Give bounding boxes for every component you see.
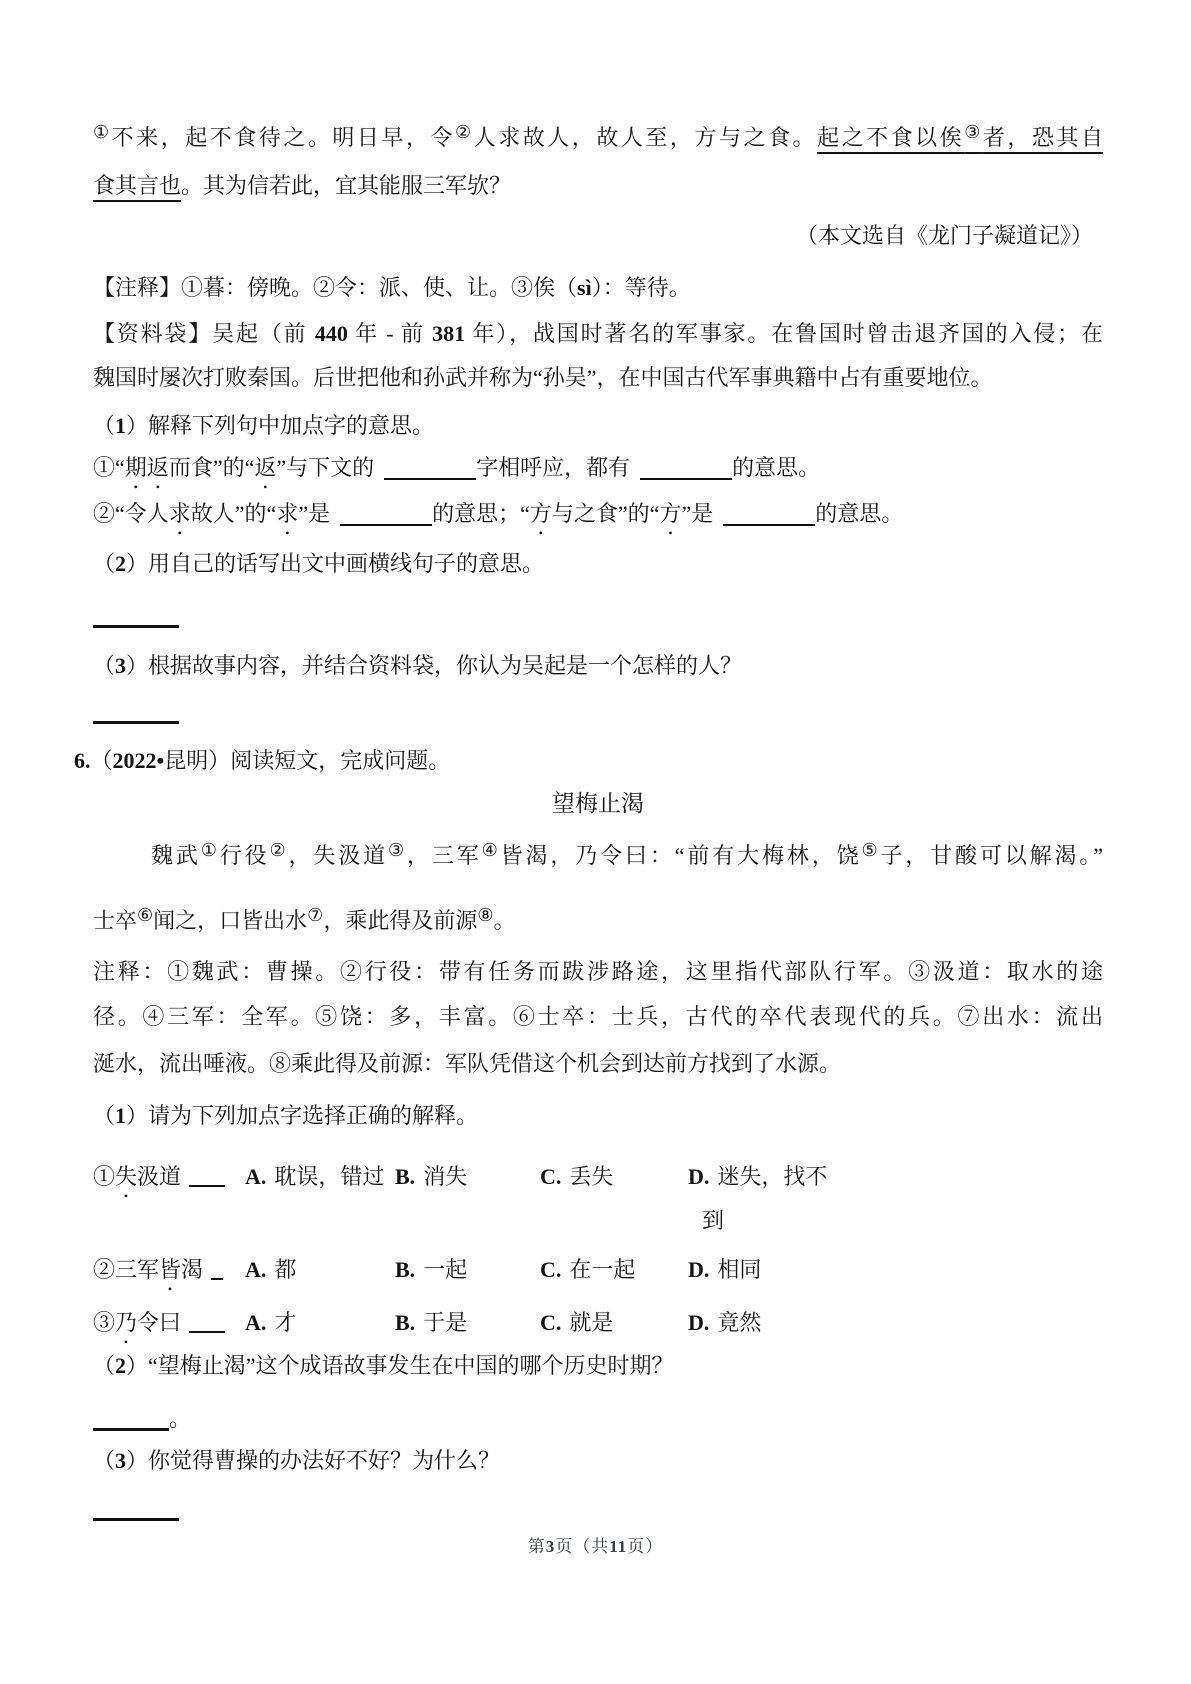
sub-number: 1 bbox=[115, 1103, 126, 1128]
mc-stem: ③乃令曰 bbox=[93, 1301, 245, 1345]
mc-option-d: D.竟然 bbox=[688, 1301, 1103, 1345]
q6-sub3-label: （3）你觉得曹操的办法好不好？为什么？ bbox=[93, 1445, 1103, 1477]
mc-option-a: A.才 bbox=[245, 1301, 395, 1345]
answer-blank bbox=[93, 1408, 169, 1431]
option-letter: D. bbox=[688, 1310, 709, 1335]
year-number: 440 bbox=[315, 321, 348, 346]
q5-sub1-label: （1）解释下列句中加点字的意思。 bbox=[93, 410, 1103, 442]
passage-text: 不来，起不食待之。明日早，令 bbox=[112, 125, 455, 150]
passage-text: 人求故人，故人至，方与之食。 bbox=[474, 125, 817, 150]
mc-row-3: ③乃令曰 A.才 B.于是 C.就是 D.竟然 bbox=[93, 1301, 1103, 1345]
answer-blank-line-1 bbox=[93, 600, 1103, 632]
underlined-sentence-part-2: 食其言也 bbox=[93, 173, 181, 198]
sub-text: “望梅止渴”这个成语故事发生在中国的哪个历史时期？ bbox=[148, 1353, 674, 1378]
paren: ） bbox=[126, 413, 148, 438]
question-6-header: 6.（2022•昆明）阅读短文，完成问题。 bbox=[74, 745, 1103, 777]
item-text: 字相呼应，都有 bbox=[476, 455, 630, 480]
option-letter: A. bbox=[245, 1310, 266, 1335]
year-number: 381 bbox=[432, 321, 465, 346]
mc-row-1: ①失汲道 A.耽误，错过 B.消失 C.丢失 D.迷失，找不到 bbox=[93, 1155, 1103, 1243]
total-page-number: 11 bbox=[609, 1537, 627, 1556]
q5-passage-line-1: ①不来，起不食待之。明日早，令②人求故人，故人至，方与之食。起之不食以俟③者，恐… bbox=[93, 122, 1103, 154]
passage-title: 望梅止渴 bbox=[93, 788, 1103, 820]
bag-label: 【资料袋】 bbox=[93, 321, 212, 346]
paren: （ bbox=[93, 653, 115, 678]
q6-notes-line-3: 涎水，流出唾液。⑧乘此得及前源：军队凭借这个机会到达前方找到了水源。 bbox=[93, 1048, 1103, 1080]
passage-text: 闻之，口皆出水 bbox=[153, 908, 307, 933]
footer-text: 页） bbox=[627, 1537, 663, 1556]
sub-number: 2 bbox=[115, 551, 126, 576]
footnote-marker-2: ② bbox=[270, 840, 289, 860]
q6-passage-line-2: 士卒⑥闻之，口皆出水⑦，乘此得及前源⑧。 bbox=[93, 905, 1103, 937]
mc-option-a: A.都 bbox=[245, 1248, 395, 1292]
fill-blank bbox=[384, 462, 476, 480]
passage-text: 者，恐其自 bbox=[983, 125, 1103, 150]
passage-text: 魏武 bbox=[151, 843, 201, 868]
fill-blank bbox=[723, 508, 815, 526]
answer-blank bbox=[189, 1173, 225, 1187]
item-text: 与之食”的“ bbox=[552, 501, 660, 526]
paren: （ bbox=[93, 1103, 115, 1128]
mc-option-b: B.消失 bbox=[395, 1155, 540, 1243]
current-page-number: 3 bbox=[546, 1537, 556, 1556]
passage-text: 行役 bbox=[220, 843, 270, 868]
answer-blank bbox=[211, 1266, 223, 1280]
option-text: 才 bbox=[274, 1310, 296, 1335]
notes-text: 径。④三军：全军。⑤饶：多，丰富。⑥士卒：士兵，古代的卒代表现代的兵。⑦出水：流… bbox=[93, 1004, 1103, 1029]
stem-text: 令曰 bbox=[137, 1310, 181, 1335]
paren: （ bbox=[91, 748, 113, 773]
q6-notes-line-1: 注释：①魏武：曹操。②行役：带有任务而跋涉路途，这里指代部队行军。③汲道：取水的… bbox=[93, 956, 1103, 988]
mc-option-d: D.迷失，找不到 bbox=[688, 1155, 1103, 1243]
answer-blank-line-2 bbox=[93, 696, 1103, 728]
q6-sub2-label: （2）“望梅止渴”这个成语故事发生在中国的哪个历史时期？ bbox=[93, 1350, 1103, 1382]
notes-label: 【注释】 bbox=[93, 275, 181, 300]
source-attribution: （本文选自《龙门子凝道记》） bbox=[93, 220, 1103, 252]
item-circle-number: ③ bbox=[93, 1310, 115, 1335]
item-text: 的意思。 bbox=[815, 501, 903, 526]
sub-text: 用自己的话写出文中画横线句子的意思。 bbox=[148, 551, 544, 576]
paren: ） bbox=[126, 1353, 148, 1378]
option-text: 在一起 bbox=[569, 1257, 635, 1282]
exam-year: 2022 bbox=[113, 748, 157, 773]
option-letter: A. bbox=[245, 1257, 266, 1282]
paren: ） bbox=[208, 748, 230, 773]
option-letter: C. bbox=[540, 1257, 561, 1282]
footnote-marker-8: ⑧ bbox=[477, 905, 493, 925]
passage-text: 子，甘酸可以解渴。” bbox=[880, 843, 1103, 868]
notes-text: ①暮：傍晚。②令：派、使、让。③俟（ bbox=[181, 275, 577, 300]
footnote-marker-1: ① bbox=[201, 840, 220, 860]
q5-notes-line: 【注释】①暮：傍晚。②令：派、使、让。③俟（sì）：等待。 bbox=[93, 272, 1103, 304]
q5-sub1-item1: ①“期返而食”的“返”与下文的字相呼应，都有的意思。 bbox=[93, 452, 1103, 484]
bag-text: 年 - 前 bbox=[348, 321, 432, 346]
answer-blank-line-4 bbox=[93, 1493, 1103, 1525]
source-text: （本文选自《龙门子凝道记》） bbox=[796, 223, 1093, 248]
paren: （ bbox=[93, 1353, 115, 1378]
exam-page: ①不来，起不食待之。明日早，令②人求故人，故人至，方与之食。起之不食以俟③者，恐… bbox=[0, 0, 1191, 1684]
answer-blank bbox=[93, 1498, 179, 1521]
footnote-marker-6: ⑥ bbox=[137, 905, 153, 925]
option-letter: B. bbox=[395, 1164, 415, 1189]
footnote-marker-3: ③ bbox=[964, 122, 983, 142]
option-letter: C. bbox=[540, 1164, 561, 1189]
option-letter: A. bbox=[245, 1164, 266, 1189]
paren: （ bbox=[93, 1448, 115, 1473]
paren: ） bbox=[126, 1103, 148, 1128]
dotted-char: 求 bbox=[169, 501, 191, 526]
footnote-marker-4: ④ bbox=[482, 840, 501, 860]
question-instruction: 阅读短文，完成问题。 bbox=[230, 748, 450, 773]
item-text: ”是 bbox=[681, 501, 713, 526]
dotted-char: 乃 bbox=[115, 1310, 137, 1335]
paren: ） bbox=[126, 653, 148, 678]
paren: ） bbox=[126, 1448, 148, 1473]
passage-text: 起之不食以俟 bbox=[817, 125, 964, 150]
mc-option-b: B.一起 bbox=[395, 1248, 540, 1292]
paren: ） bbox=[126, 551, 148, 576]
item-text: ”与下文的 bbox=[276, 455, 374, 480]
period-after-blank: 。 bbox=[169, 1406, 191, 1431]
option-text: 竟然 bbox=[717, 1310, 761, 1335]
passage-text: ，三军 bbox=[407, 843, 482, 868]
option-text: 于是 bbox=[423, 1310, 467, 1335]
notes-text: 涎水，流出唾液。⑧乘此得及前源：军队凭借这个机会到达前方找到了水源。 bbox=[93, 1051, 841, 1076]
dotted-char: 返 bbox=[147, 455, 169, 480]
notes-text: 注释：①魏武：曹操。②行役：带有任务而跋涉路途，这里指代部队行军。③汲道：取水的… bbox=[93, 959, 1103, 984]
mc-option-a: A.耽误，错过 bbox=[245, 1155, 395, 1243]
notes-text: ）：等待。 bbox=[592, 275, 691, 300]
item-text: 故人”的“ bbox=[191, 501, 277, 526]
footnote-marker-3: ③ bbox=[388, 840, 407, 860]
option-text: 就是 bbox=[569, 1310, 613, 1335]
answer-blank bbox=[189, 1319, 225, 1333]
item-text: 的意思；“ bbox=[432, 501, 530, 526]
item-text: 的意思。 bbox=[732, 455, 820, 480]
mc-option-b: B.于是 bbox=[395, 1301, 540, 1345]
sub-text: 解释下列句中加点字的意思。 bbox=[148, 413, 434, 438]
option-letter: D. bbox=[688, 1164, 709, 1189]
sub-number: 3 bbox=[115, 653, 126, 678]
fill-blank bbox=[340, 508, 432, 526]
q6-notes-line-2: 径。④三军：全军。⑤饶：多，丰富。⑥士卒：士兵，古代的卒代表现代的兵。⑦出水：流… bbox=[93, 1001, 1103, 1033]
underlined-sentence-part-1: 起之不食以俟③者，恐其自 bbox=[817, 125, 1103, 150]
fill-blank bbox=[640, 462, 732, 480]
page-footer: 第3页（共11页） bbox=[0, 1536, 1191, 1558]
mc-stem: ①失汲道 bbox=[93, 1155, 245, 1243]
material-bag-line-2: 魏国时屡次打败秦国。后世把他和孙武并称为“孙吴”，在中国古代军事典籍中占有重要地… bbox=[93, 362, 1103, 394]
item-circle-number: ② bbox=[93, 1257, 115, 1282]
material-bag-line-1: 【资料袋】吴起（前 440 年 - 前 381 年），战国时著名的军事家。在鲁国… bbox=[93, 318, 1103, 350]
paren: （ bbox=[93, 551, 115, 576]
q6-passage-line-1: 魏武①行役②，失汲道③，三军④皆渴，乃令曰：“前有大梅林，饶⑤子，甘酸可以解渴。… bbox=[93, 840, 1103, 872]
item-circle-number: ① bbox=[93, 1164, 115, 1189]
passage-text: ，乘此得及前源 bbox=[323, 908, 477, 933]
pinyin-text: sì bbox=[577, 275, 592, 300]
mc-option-d: D.相同 bbox=[688, 1248, 1103, 1292]
dotted-char: 失 bbox=[115, 1164, 137, 1189]
option-text: 相同 bbox=[717, 1257, 761, 1282]
mc-option-c: C.就是 bbox=[540, 1301, 688, 1345]
footnote-marker-2: ② bbox=[455, 122, 474, 142]
option-letter: B. bbox=[395, 1310, 415, 1335]
passage-text: 。其为信若此，宜其能服三军欤？ bbox=[181, 173, 511, 198]
footer-text: 第 bbox=[528, 1537, 546, 1556]
option-letter: B. bbox=[395, 1257, 415, 1282]
dotted-char: 返 bbox=[254, 455, 276, 480]
bag-text: 吴起（前 bbox=[212, 321, 315, 346]
stem-text: 三军 bbox=[115, 1257, 159, 1282]
option-text: 迷失，找不 bbox=[717, 1164, 827, 1189]
option-letter: C. bbox=[540, 1310, 561, 1335]
item-text: “令人 bbox=[115, 501, 169, 526]
dotted-char: 方 bbox=[530, 501, 552, 526]
dotted-char: 求 bbox=[276, 501, 298, 526]
sub-number: 3 bbox=[115, 1448, 126, 1473]
sub-text: 你觉得曹操的办法好不好？为什么？ bbox=[148, 1448, 500, 1473]
sub-text: 根据故事内容，并结合资料袋，你认为吴起是一个怎样的人？ bbox=[148, 653, 742, 678]
mc-stem: ②三军皆渴 bbox=[93, 1248, 245, 1292]
footnote-marker-5: ⑤ bbox=[861, 840, 880, 860]
bag-text: 魏国时屡次打败秦国。后世把他和孙武并称为“孙吴”，在中国古代军事典籍中占有重要地… bbox=[93, 365, 993, 390]
option-text: 都 bbox=[274, 1257, 296, 1282]
item-text: 而食”的“ bbox=[169, 455, 255, 480]
exam-city: 昆明 bbox=[164, 748, 208, 773]
stem-text: 汲道 bbox=[137, 1164, 181, 1189]
sub-text: 请为下列加点字选择正确的解释。 bbox=[148, 1103, 478, 1128]
q6-sub1-label: （1）请为下列加点字选择正确的解释。 bbox=[93, 1100, 1103, 1132]
mc-row-2: ②三军皆渴 A.都 B.一起 C.在一起 D.相同 bbox=[93, 1248, 1103, 1292]
item-text: ”是 bbox=[298, 501, 330, 526]
footnote-marker-1: ① bbox=[93, 122, 112, 142]
option-text: 耽误，错过 bbox=[274, 1164, 384, 1189]
bag-text: 年），战国时著名的军事家。在鲁国时曾击退齐国的入侵；在 bbox=[465, 321, 1103, 346]
footnote-marker-7: ⑦ bbox=[307, 905, 323, 925]
dotted-char: 期 bbox=[125, 455, 147, 480]
option-text: 一起 bbox=[423, 1257, 467, 1282]
option-text: 丢失 bbox=[569, 1164, 613, 1189]
item-circle-number: ② bbox=[93, 501, 115, 526]
answer-blank-line-3: 。 bbox=[93, 1403, 1103, 1435]
item-text: “ bbox=[115, 455, 125, 480]
mc-option-c: C.在一起 bbox=[540, 1248, 688, 1292]
passage-text: 皆渴，乃令曰：“前有大梅林，饶 bbox=[501, 843, 862, 868]
passage-text: ，失汲道 bbox=[289, 843, 388, 868]
q5-sub2-label: （2）用自己的话写出文中画横线句子的意思。 bbox=[93, 548, 1103, 580]
option-letter: D. bbox=[688, 1257, 709, 1282]
passage-title-text: 望梅止渴 bbox=[552, 791, 644, 816]
item-circle-number: ① bbox=[93, 455, 115, 480]
q5-sub3-label: （3）根据故事内容，并结合资料袋，你认为吴起是一个怎样的人？ bbox=[93, 650, 1103, 682]
passage-text: 士卒 bbox=[93, 908, 137, 933]
paren: （ bbox=[93, 413, 115, 438]
footer-text: 页（共 bbox=[555, 1537, 609, 1556]
option-text: 消失 bbox=[423, 1164, 467, 1189]
dotted-char: 皆 bbox=[159, 1257, 181, 1282]
answer-blank bbox=[93, 605, 179, 628]
dotted-char: 方 bbox=[659, 501, 681, 526]
q5-passage-line-2: 食其言也。其为信若此，宜其能服三军欤？ bbox=[93, 170, 1103, 202]
passage-text: 。 bbox=[493, 908, 515, 933]
stem-text: 渴 bbox=[181, 1257, 203, 1282]
mc-option-c: C.丢失 bbox=[540, 1155, 688, 1243]
question-number: 6. bbox=[74, 748, 91, 773]
sub-number: 2 bbox=[115, 1353, 126, 1378]
q5-sub1-item2: ②“令人求故人”的“求”是的意思；“方与之食”的“方”是的意思。 bbox=[93, 498, 1103, 530]
sub-number: 1 bbox=[115, 413, 126, 438]
answer-blank bbox=[93, 701, 179, 724]
option-text-wrapped: 到 bbox=[702, 1208, 724, 1233]
